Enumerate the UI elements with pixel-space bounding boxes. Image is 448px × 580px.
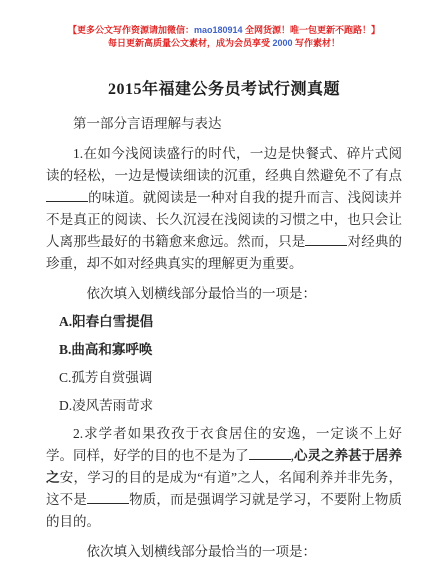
- question-paragraph-q2: 2.求学者如果孜孜于衣食居住的安逸，一定谈不上好学。同样，好学的目的也不是为了,…: [46, 423, 402, 533]
- watermark-line2: 每日更新高质量公文素材，成为会员享受 2000 写作素材！: [0, 37, 448, 50]
- text-run: 1.在如今浅阅读盛行的时代，一边是快餐式、碎片式阅读的轻松，一边是慢读细读的沉重…: [46, 146, 402, 183]
- watermark-line1-suffix: 全网货源！唯一包更新不跑路！】: [243, 25, 381, 35]
- document-body: 第一部分言语理解与表达 1.在如今浅阅读盛行的时代，一边是快餐式、碎片式阅读的轻…: [46, 113, 402, 563]
- option-d: D.凌风苦雨苛求: [59, 395, 402, 417]
- blank-underline: [249, 447, 291, 460]
- section-heading: 第一部分言语理解与表达: [46, 113, 402, 135]
- option-b: B.曲高和寡呼唤: [59, 339, 402, 361]
- page-number: 1: [0, 548, 448, 558]
- option-c: C.孤芳自赏强调: [59, 367, 402, 389]
- page-title: 2015年福建公务员考试行测真题: [0, 76, 448, 99]
- wechat-account: mao180914: [194, 25, 243, 35]
- watermark-line1-prefix: 【更多公文写作资源请加微信：: [68, 25, 194, 35]
- blank-underline: [46, 189, 88, 202]
- blank-underline: [305, 233, 347, 246]
- watermark-line1: 【更多公文写作资源请加微信：mao180914 全网货源！唯一包更新不跑路！】: [0, 24, 448, 37]
- watermark-line2-suffix: 写作素材！: [293, 38, 341, 48]
- document-page: 【更多公文写作资源请加微信：mao180914 全网货源！唯一包更新不跑路！】 …: [0, 0, 448, 580]
- question-paragraph-q1: 1.在如今浅阅读盛行的时代，一边是快餐式、碎片式阅读的轻松，一边是慢读细读的沉重…: [46, 143, 402, 275]
- blank-underline: [87, 491, 129, 504]
- watermark-count: 2000: [272, 38, 292, 48]
- watermark-line2-prefix: 每日更新高质量公文素材，成为会员享受: [108, 38, 273, 48]
- question-prompt-q1: 依次填入划横线部分最恰当的一项是：: [46, 283, 402, 305]
- watermark-header: 【更多公文写作资源请加微信：mao180914 全网货源！唯一包更新不跑路！】 …: [0, 0, 448, 50]
- option-a: A.阳春白雪提倡: [59, 311, 402, 333]
- questions: 1.在如今浅阅读盛行的时代，一边是快餐式、碎片式阅读的轻松，一边是慢读细读的沉重…: [46, 143, 402, 563]
